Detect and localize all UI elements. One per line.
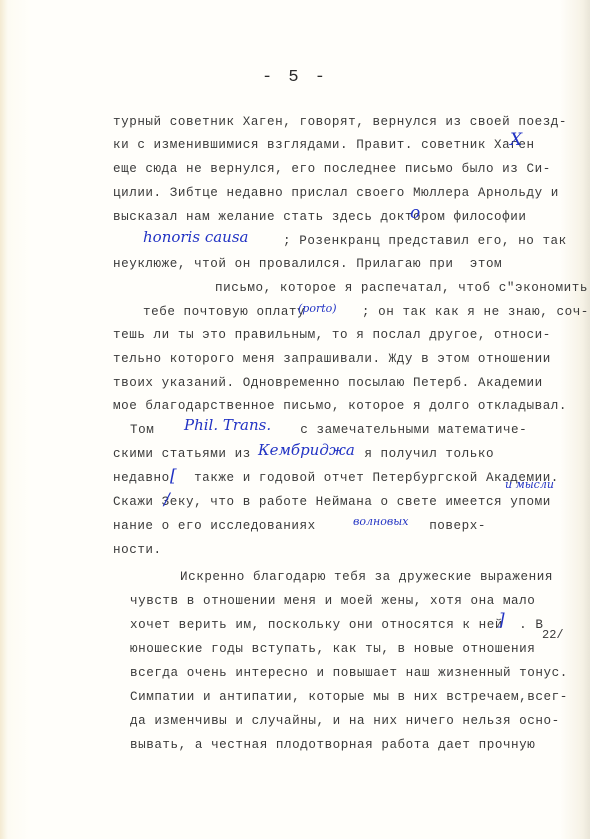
handwritten-cambridge: Кембриджа [258, 441, 355, 459]
handwritten-bracket-close: ] [498, 610, 505, 630]
handwritten-bracket-open: [ [170, 466, 177, 486]
margin-note: 22/ [542, 628, 564, 642]
text-line: ности. [113, 542, 162, 558]
text-line: нание о его исследованиях поверх- [113, 518, 486, 534]
handwritten-porto: (porto) [298, 302, 337, 315]
text-line: ки с изменившимися взглядами. Правит. со… [113, 137, 535, 153]
text-line: мое благодарственное письмо, которое я д… [113, 398, 567, 414]
text-line: недавно также и годовой отчет Петербургс… [113, 470, 559, 486]
handwritten-correction: Х [510, 130, 522, 150]
text-line: вывать, а честная плодотворная работа да… [130, 737, 535, 753]
text-line: неуклюже, чтой он провалился. Прилагаю п… [113, 256, 502, 272]
text-line: турный советник Хаген, говорят, вернулся… [113, 114, 567, 130]
text-line: всегда очень интересно и повышает наш жи… [130, 665, 568, 681]
handwritten-honoris-causa: honoris causa [143, 228, 248, 246]
handwritten-correction: о [410, 203, 420, 223]
text-line: тебе почтовую оплату ; он так как я не з… [143, 304, 589, 320]
handwritten-surfaces: волновых [353, 515, 408, 528]
text-line: цилии. Зибтце недавно прислал своего Мюл… [113, 185, 559, 201]
handwritten-insert: и мысли [505, 478, 554, 491]
text-line: тешь ли ты это правильным, то я послал д… [113, 327, 551, 343]
text-line: твоих указаний. Одновременно посылаю Пет… [113, 375, 543, 391]
page-number: - 5 - [0, 68, 590, 87]
text-line: Искренно благодарю тебя за дружеские выр… [180, 569, 553, 585]
handwritten-phil-trans: Phil. Trans. [184, 416, 271, 434]
text-line: еще сюда не вернулся, его последнее пись… [113, 161, 551, 177]
text-line: Скажи Зеку, что в работе Неймана о свете… [113, 494, 551, 510]
text-line: Симпатии и антипатии, которые мы в них в… [130, 689, 568, 705]
document-page: - 5 - турный советник Хаген, говорят, ве… [0, 0, 590, 839]
handwritten-correction: / [164, 490, 170, 510]
text-line: хочет верить им, поскольку они относятся… [130, 617, 543, 633]
text-line: юношеские годы вступать, как ты, в новые… [130, 641, 535, 657]
text-line: тельно которого меня запрашивали. Жду в … [113, 351, 551, 367]
text-line: чувств в отношении меня и моей жены, хот… [130, 593, 535, 609]
text-line: высказал нам желание стать здесь докторо… [113, 209, 526, 225]
text-line: да изменчивы и случайны, и на них ничего… [130, 713, 560, 729]
text-line: письмо, которое я распечатал, чтоб с"эко… [215, 280, 588, 296]
text-line: ; Розенкранц представил его, но так [283, 233, 567, 249]
